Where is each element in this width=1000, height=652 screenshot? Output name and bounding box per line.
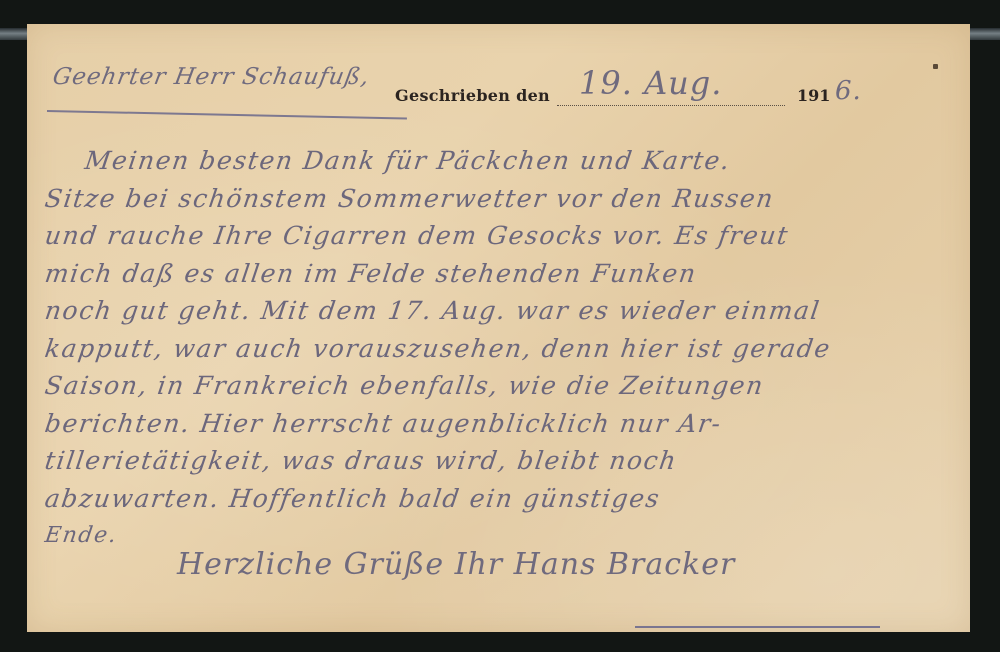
- signature-underline: [635, 626, 880, 628]
- paper-speck: [933, 64, 938, 69]
- printed-date-label: Geschrieben den: [395, 86, 550, 105]
- letter-line: berichten. Hier herrscht augenblicklich …: [42, 405, 967, 443]
- letter-line: noch gut geht. Mit dem 17. Aug. war es w…: [42, 292, 967, 330]
- letter-line: tillerietätigkeit, was draus wird, bleib…: [42, 442, 967, 480]
- letter-line: mich daß es allen im Felde stehenden Fun…: [42, 255, 967, 293]
- letter-line: kapputt, war auch vorauszusehen, denn hi…: [42, 330, 967, 368]
- postcard: Geehrter Herr Schaufuß, Geschrieben den …: [27, 24, 970, 632]
- letter-line: Sitze bei schönstem Sommerwetter vor den…: [42, 180, 967, 218]
- letter-body: Meinen besten Dank für Päckchen und Kart…: [45, 142, 965, 555]
- letter-line: und rauche Ihre Cigarren dem Gesocks vor…: [42, 217, 967, 255]
- date-dotted-line: [557, 105, 785, 106]
- salutation-underline: [47, 110, 407, 120]
- letter-line: abzuwarten. Hoffentlich bald ein günstig…: [42, 480, 967, 518]
- closing-signature: Herzliche Grüße Ihr Hans Bracker: [177, 547, 735, 582]
- letter-line: Meinen besten Dank für Päckchen und Kart…: [82, 142, 1000, 180]
- handwritten-year-suffix: 6.: [835, 76, 862, 106]
- letter-line: Saison, in Frankreich ebenfalls, wie die…: [42, 367, 967, 405]
- salutation: Geehrter Herr Schaufuß,: [51, 64, 372, 90]
- handwritten-date: 19. Aug.: [579, 64, 722, 102]
- printed-year-prefix: 191: [797, 86, 830, 105]
